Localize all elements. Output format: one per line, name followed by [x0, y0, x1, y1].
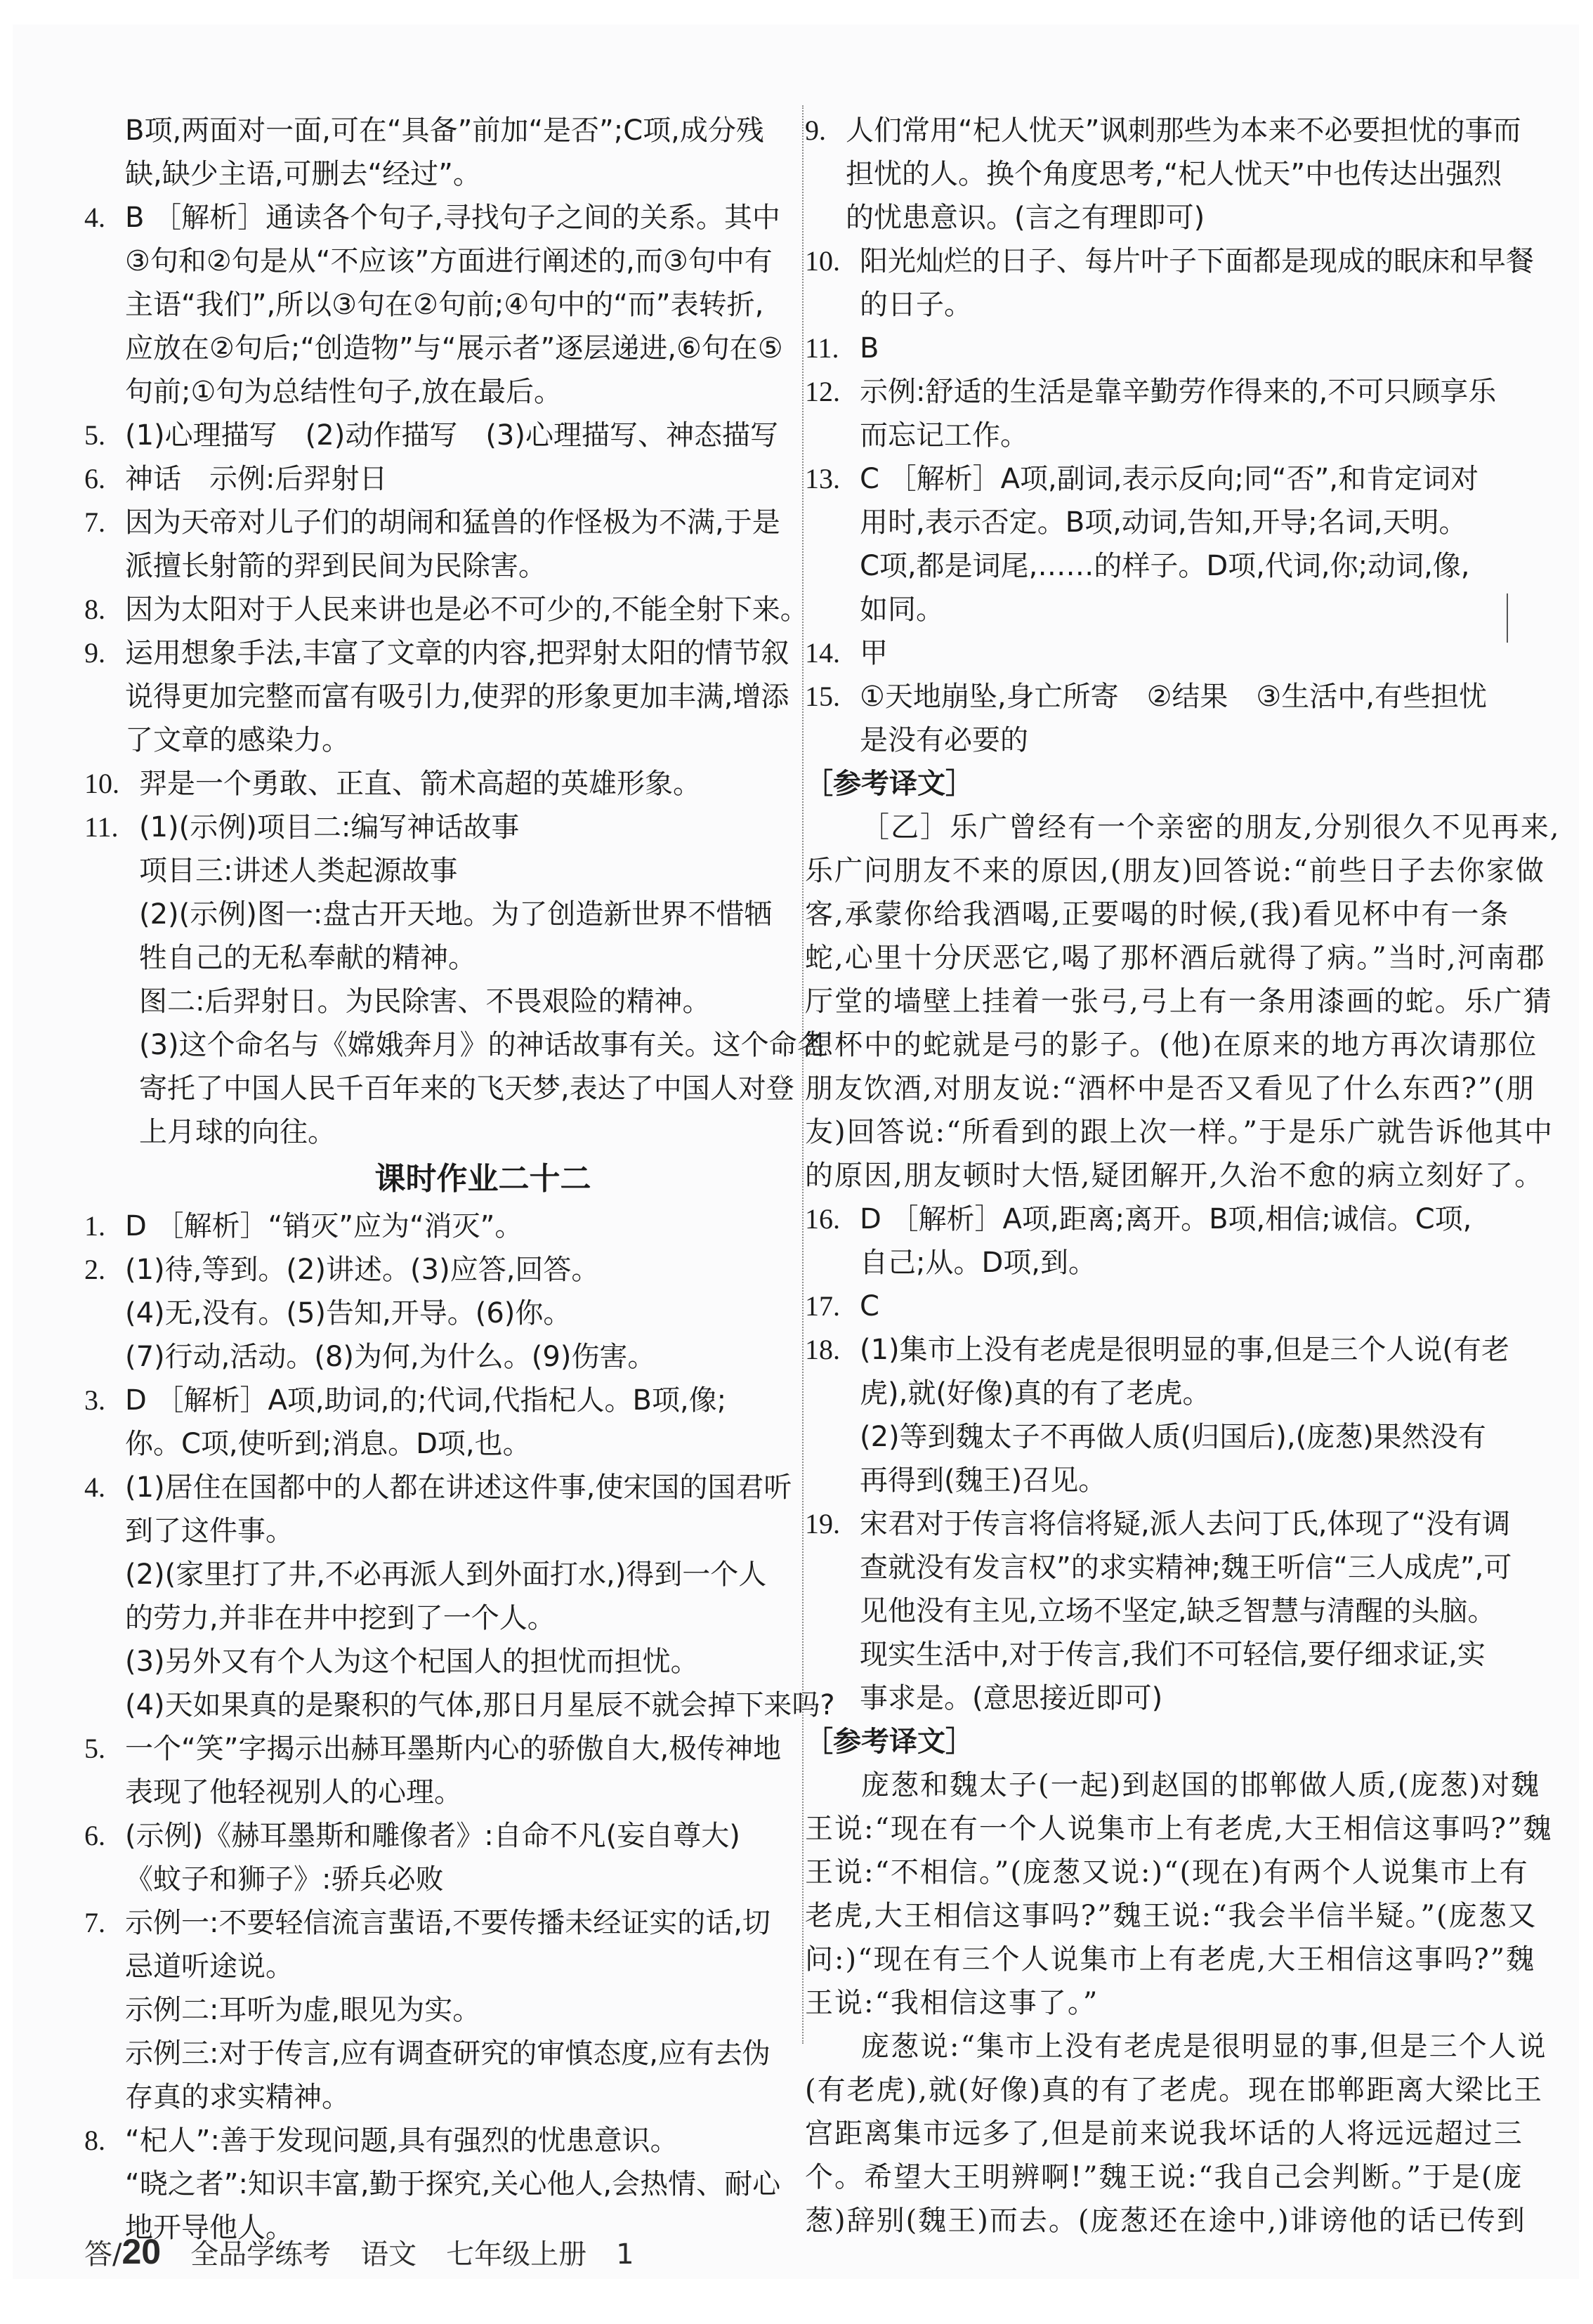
- answer-text: 的日子。: [805, 283, 1535, 327]
- answer-prefix: 答/: [84, 2238, 122, 2271]
- translation-line: 宫距离集市远多了,但是前来说我坏话的人将远远超过三: [805, 2112, 1535, 2155]
- answer-text: 的忧患意识。(言之有理即可): [805, 196, 1535, 239]
- answer-text: 用时,表示否定。B项,动词,告知,开导;名词,天明。: [805, 501, 1535, 544]
- item-number: 17.: [805, 1285, 860, 1328]
- answer-item-15r: 15.①天地崩坠,身亡所寄 ②结果 ③生活中,有些担忧 是没有必要的: [805, 675, 1535, 762]
- answer-text: C项,都是词尾,……的样子。D项,代词,你;动词,像,: [805, 544, 1535, 588]
- translation-line: 想杯中的蛇就是弓的影子。(他)在原来的地方再次请那位: [805, 1023, 1535, 1067]
- translation-line: 客,承蒙你给我酒喝,正要喝的时候,(我)看见杯中有一条: [805, 893, 1535, 936]
- translation-line: 厅堂的墙壁上挂着一张弓,弓上有一条用漆画的蛇。乐广猜: [805, 980, 1535, 1023]
- answer-item-8b: 8.“杞人”:善于发现问题,具有强烈的忧患意识。 “晓之者”:知识丰富,勤于探究…: [84, 2119, 797, 2250]
- answer-text: D ［解析］A项,距离;离开。B项,相信;诚信。C项,: [860, 1197, 1535, 1241]
- item-number: 13.: [805, 457, 860, 501]
- answer-text: 一个“笑”字揭示出赫耳墨斯内心的骄傲自大,极传神地: [125, 1727, 797, 1771]
- answer-item-7b: 7.示例一:不要轻信流言蜚语,不要传播未经证实的话,切 忌道听途说。 示例二:耳…: [84, 1901, 797, 2119]
- translation-line: (有老虎),就(好像)真的有了老虎。现在邯郸距离大梁比王: [805, 2068, 1535, 2112]
- answer-item-14r: 14.甲: [805, 631, 1535, 675]
- answer-item-10r: 10.阳光灿烂的日子、每片叶子下面都是现成的眠床和早餐 的日子。: [805, 239, 1535, 327]
- answer-text: (4)无,没有。(5)告知,开导。(6)你。: [84, 1292, 797, 1335]
- answer-text: (2)等到魏太子不再做人质(归国后),(庞葱)果然没有: [805, 1415, 1535, 1459]
- answer-text: D ［解析］A项,助词,的;代词,代指杞人。B项,像;: [125, 1379, 797, 1422]
- answer-text: ③句和②句是从“不应该”方面进行阐述的,而③句中有: [84, 239, 797, 283]
- right-column: 9.人们常用“杞人忧天”讽刺那些为本来不必要担忧的事而 担忧的人。换个角度思考,…: [805, 109, 1535, 2243]
- answer-text: 甲: [860, 631, 1535, 675]
- item-number: 10.: [84, 762, 139, 806]
- answer-text: 主语“我们”,所以③句在②句前;④句中的“而”表转折,: [84, 283, 797, 327]
- translation-line: 王说:“现在有一个人说集市上有老虎,大王相信这事吗?”魏: [805, 1807, 1535, 1851]
- answer-item-9r: 9.人们常用“杞人忧天”讽刺那些为本来不必要担忧的事而 担忧的人。换个角度思考,…: [805, 109, 1535, 239]
- translation-line: 老虎,大王相信这事吗?”魏王说:“我会半信半疑。”(庞葱又: [805, 1894, 1535, 1938]
- translation-line: 友)回答说:“所看到的跟上次一样。”于是乐广就告诉他其中: [805, 1110, 1535, 1154]
- item-number: 11.: [84, 806, 139, 849]
- answer-text: 忌道听途说。: [84, 1945, 797, 1988]
- text-line: 缺,缺少主语,可删去“经过”。: [84, 152, 797, 196]
- answer-item-16r: 16.D ［解析］A项,距离;离开。B项,相信;诚信。C项, 自己;从。D项,到…: [805, 1197, 1535, 1285]
- item-number: 2.: [84, 1248, 125, 1292]
- answer-item-5: 5.(1)心理描写 (2)动作描写 (3)心理描写、神态描写: [84, 414, 797, 457]
- reference-translation-title: ［参考译文］: [805, 1720, 1535, 1764]
- answer-text: 阳光灿烂的日子、每片叶子下面都是现成的眠床和早餐: [860, 239, 1535, 283]
- answer-item-9: 9.运用想象手法,丰富了文章的内容,把羿射太阳的情节叙 说得更加完整而富有吸引力…: [84, 631, 797, 762]
- answer-item-4b: 4.(1)居住在国都中的人都在讲述这件事,使宋国的国君听 到了这件事。 (2)(…: [84, 1466, 797, 1727]
- answer-text: (1)集市上没有老虎是很明显的事,但是三个人说(有老: [860, 1328, 1535, 1372]
- answer-text: (1)待,等到。(2)讲述。(3)应答,回答。: [125, 1248, 797, 1292]
- translation-line: 葱)辞别(魏王)而去。(庞葱还在途中,)诽谤他的话已传到: [805, 2199, 1535, 2243]
- answer-text: 宋君对于传言将信将疑,派人去问丁氏,体现了“没有调: [860, 1502, 1535, 1546]
- answer-text: 示例三:对于传言,应有调查研究的审慎态度,应有去伪: [84, 2032, 797, 2075]
- answer-text: (3)这个命名与《嫦娥奔月》的神话故事有关。这个命名: [84, 1023, 797, 1067]
- text-line: B项,两面对一面,可在“具备”前加“是否”;C项,成分残: [84, 109, 797, 152]
- answer-text: 图二:后羿射日。为民除害、不畏艰险的精神。: [84, 980, 797, 1023]
- item-number: 16.: [805, 1197, 860, 1241]
- answer-text: (1)居住在国都中的人都在讲述这件事,使宋国的国君听: [125, 1466, 797, 1509]
- answer-text: 如同。: [805, 588, 1535, 631]
- translation-line: 王说:“不相信。”(庞葱又说:)“(现在)有两个人说集市上有: [805, 1851, 1535, 1894]
- item-number: 9.: [84, 631, 125, 675]
- translation-line: 庞葱说:“集市上没有老虎是很明显的事,但是三个人说: [805, 2025, 1535, 2068]
- volume: 1: [616, 2238, 634, 2271]
- item-number: 15.: [805, 675, 860, 718]
- left-column: B项,两面对一面,可在“具备”前加“是否”;C项,成分残 缺,缺少主语,可删去“…: [84, 109, 797, 2250]
- answer-text: 派擅长射箭的羿到民间为民除害。: [84, 544, 797, 588]
- answer-item-6: 6.神话 示例:后羿射日: [84, 457, 797, 501]
- answer-text: (2)(示例)图一:盘古开天地。为了创造新世界不惜牺: [84, 893, 797, 936]
- reference-translation-2: 庞葱和魏太子(一起)到赵国的邯郸做人质,(庞葱)对魏 王说:“现在有一个人说集市…: [805, 1764, 1535, 2243]
- answer-text: 因为天帝对儿子们的胡闹和猛兽的作怪极为不满,于是: [125, 501, 797, 544]
- item-number: 4.: [84, 1466, 125, 1509]
- answer-text: ①天地崩坠,身亡所寄 ②结果 ③生活中,有些担忧: [860, 675, 1535, 718]
- answer-item-1: 1.D ［解析］“销灭”应为“消灭”。: [84, 1204, 797, 1248]
- reference-translation-1: ［乙］乐广曾经有一个亲密的朋友,分别很久不见再来, 乐广问朋友不来的原因,(朋友…: [805, 806, 1535, 1197]
- answer-text: 是没有必要的: [805, 718, 1535, 762]
- answer-text: 事求是。(意思接近即可): [805, 1676, 1535, 1720]
- answer-text: B ［解析］通读各个句子,寻找句子之间的关系。其中: [125, 196, 797, 239]
- translation-line: 王说:“我相信这事了。”: [805, 1981, 1535, 2025]
- item-number: 1.: [84, 1204, 125, 1248]
- translation-line: 朋友饮酒,对朋友说:“酒杯中是否又看见了什么东西?”(朋: [805, 1067, 1535, 1110]
- answer-text: (2)(家里打了井,不必再派人到外面打水,)得到一个人: [84, 1553, 797, 1596]
- answer-text: C: [860, 1285, 1535, 1328]
- answer-item-2: 2.(1)待,等到。(2)讲述。(3)应答,回答。 (4)无,没有。(5)告知,…: [84, 1248, 797, 1379]
- answer-text: 表现了他轻视别人的心理。: [84, 1771, 797, 1814]
- answer-text: 寄托了中国人民千百年来的飞天梦,表达了中国人对登: [84, 1067, 797, 1110]
- item-number: 10.: [805, 239, 860, 283]
- item-number: 14.: [805, 631, 860, 675]
- item-number: 3.: [84, 1379, 125, 1422]
- item-number: 8.: [84, 588, 125, 631]
- answer-item-17r: 17.C: [805, 1285, 1535, 1328]
- translation-line: 的原因,朋友顿时大悟,疑团解开,久治不愈的病立刻好了。: [805, 1154, 1535, 1197]
- answer-item-5b: 5.一个“笑”字揭示出赫耳墨斯内心的骄傲自大,极传神地 表现了他轻视别人的心理。: [84, 1727, 797, 1814]
- series-name: 全品学练考: [190, 2232, 331, 2272]
- answer-text: 牲自己的无私奉献的精神。: [84, 936, 797, 980]
- answer-text: 存真的求实精神。: [84, 2075, 797, 2119]
- answer-text: 因为太阳对于人民来讲也是必不可少的,不能全射下来。: [125, 588, 808, 631]
- answer-text: 运用想象手法,丰富了文章的内容,把羿射太阳的情节叙: [125, 631, 797, 675]
- answer-text: 说得更加完整而富有吸引力,使羿的形象更加丰满,增添: [84, 675, 797, 718]
- page-number: 20: [122, 2232, 161, 2271]
- item-number: 6.: [84, 457, 125, 501]
- translation-line: 个。希望大王明辨啊!”魏王说:“我自己会判断。”于是(庞: [805, 2155, 1535, 2199]
- answer-text: 应放在②句后;“创造物”与“展示者”逐层递进,⑥句在⑤: [84, 327, 797, 370]
- answer-text: 《蚊子和狮子》:骄兵必败: [84, 1858, 797, 1901]
- answer-text: 神话 示例:后羿射日: [125, 457, 797, 501]
- answer-item-4: 4.B ［解析］通读各个句子,寻找句子之间的关系。其中 ③句和②句是从“不应该”…: [84, 196, 797, 414]
- item-number: 11.: [805, 327, 860, 370]
- answer-text: 担忧的人。换个角度思考,“杞人忧天”中也传达出强烈: [805, 152, 1535, 196]
- answer-text: (7)行动,活动。(8)为何,为什么。(9)伤害。: [84, 1335, 797, 1379]
- item-number: 18.: [805, 1328, 860, 1372]
- answer-item-10: 10.羿是一个勇敢、正直、箭术高超的英雄形象。: [84, 762, 797, 806]
- item-number: 5.: [84, 414, 125, 457]
- answer-text: 现实生活中,对于传言,我们不可轻信,要仔细求证,实: [805, 1633, 1535, 1676]
- answer-text: 虎),就(好像)真的有了老虎。: [805, 1372, 1535, 1415]
- answer-item-8: 8.因为太阳对于人民来讲也是必不可少的,不能全射下来。: [84, 588, 797, 631]
- item-number: 5.: [84, 1727, 125, 1771]
- answer-text: 了文章的感染力。: [84, 718, 797, 762]
- translation-line: 庞葱和魏太子(一起)到赵国的邯郸做人质,(庞葱)对魏: [805, 1764, 1535, 1807]
- answer-text: 到了这件事。: [84, 1509, 797, 1553]
- answer-item-6b: 6.(示例)《赫耳墨斯和雕像者》:自命不凡(妄自尊大) 《蚊子和狮子》:骄兵必败: [84, 1814, 797, 1901]
- answer-text: 项目三:讲述人类起源故事: [84, 849, 797, 893]
- answer-text: 句前;①句为总结性句子,放在最后。: [84, 370, 797, 414]
- answer-text: “晓之者”:知识丰富,勤于探究,关心他人,会热情、耐心: [84, 2162, 797, 2206]
- grade: 七年级上册: [446, 2232, 586, 2272]
- item-number: 6.: [84, 1814, 125, 1858]
- answer-text: (示例)《赫耳墨斯和雕像者》:自命不凡(妄自尊大): [125, 1814, 797, 1858]
- answer-text: 示例:舒适的生活是靠辛勤劳作得来的,不可只顾享乐: [860, 370, 1535, 414]
- answer-text: 自己;从。D项,到。: [805, 1241, 1535, 1285]
- answer-item-3: 3.D ［解析］A项,助词,的;代词,代指杞人。B项,像; 你。C项,使听到;消…: [84, 1379, 797, 1466]
- answer-text: (3)另外又有个人为这个杞国人的担忧而担忧。: [84, 1640, 797, 1683]
- item-number: 19.: [805, 1502, 860, 1546]
- section-title: 课时作业二十二: [84, 1154, 797, 1204]
- answer-text: “杞人”:善于发现问题,具有强烈的忧患意识。: [125, 2119, 797, 2162]
- answer-text: 示例一:不要轻信流言蜚语,不要传播未经证实的话,切: [125, 1901, 797, 1945]
- translation-line: 蛇,心里十分厌恶它,喝了那杯酒后就得了病。”当时,河南郡: [805, 936, 1535, 980]
- page-number-block: 答/20: [84, 2231, 161, 2272]
- answer-text: 羿是一个勇敢、正直、箭术高超的英雄形象。: [139, 762, 797, 806]
- answer-text: D ［解析］“销灭”应为“消灭”。: [125, 1204, 797, 1248]
- answer-text: C ［解析］A项,副词,表示反向;同“否”,和肯定词对: [860, 457, 1535, 501]
- answer-item-18r: 18.(1)集市上没有老虎是很明显的事,但是三个人说(有老 虎),就(好像)真的…: [805, 1328, 1535, 1502]
- answer-text: 而忘记工作。: [805, 414, 1535, 457]
- subject: 语文: [360, 2232, 417, 2272]
- answer-item-11: 11.(1)(示例)项目二:编写神话故事 项目三:讲述人类起源故事 (2)(示例…: [84, 806, 797, 1154]
- answer-item-19r: 19.宋君对于传言将信将疑,派人去问丁氏,体现了“没有调 查就没有发言权”的求实…: [805, 1502, 1535, 1720]
- item-number: 8.: [84, 2119, 125, 2162]
- answer-text: 示例二:耳听为虚,眼见为实。: [84, 1988, 797, 2032]
- answer-text: 人们常用“杞人忧天”讽刺那些为本来不必要担忧的事而: [846, 109, 1535, 152]
- answer-text: 再得到(魏王)召见。: [805, 1459, 1535, 1502]
- translation-line: ［乙］乐广曾经有一个亲密的朋友,分别很久不见再来,: [805, 806, 1535, 849]
- answer-text: B: [860, 327, 1535, 370]
- answer-item-13r: 13.C ［解析］A项,副词,表示反向;同“否”,和肯定词对 用时,表示否定。B…: [805, 457, 1535, 631]
- answer-item-11r: 11.B: [805, 327, 1535, 370]
- page-footer: 答/20 全品学练考 语文 七年级上册 1: [84, 2231, 634, 2272]
- answer-text: 见他没有主见,立场不坚定,缺乏智慧与清醒的头脑。: [805, 1589, 1535, 1633]
- translation-line: 问:)“现在有三个人说集市上有老虎,大王相信这事吗?”魏: [805, 1938, 1535, 1981]
- item-number: 4.: [84, 196, 125, 239]
- answer-text: 上月球的向往。: [84, 1110, 797, 1154]
- answer-item-7: 7.因为天帝对儿子们的胡闹和猛兽的作怪极为不满,于是 派擅长射箭的羿到民间为民除…: [84, 501, 797, 588]
- item-number: 9.: [805, 109, 846, 152]
- item-number: 12.: [805, 370, 860, 414]
- column-divider: [802, 105, 804, 2044]
- item-number: 7.: [84, 501, 125, 544]
- answer-item-12r: 12.示例:舒适的生活是靠辛勤劳作得来的,不可只顾享乐 而忘记工作。: [805, 370, 1535, 457]
- answer-text: (1)心理描写 (2)动作描写 (3)心理描写、神态描写: [125, 414, 797, 457]
- reference-translation-title: ［参考译文］: [805, 762, 1535, 806]
- answer-text: (4)天如果真的是聚积的气体,那日月星辰不就会掉下来吗?: [84, 1683, 797, 1727]
- item-number: 7.: [84, 1901, 125, 1945]
- translation-line: 乐广问朋友不来的原因,(朋友)回答说:“前些日子去你家做: [805, 849, 1535, 893]
- answer-text: 查就没有发言权”的求实精神;魏王听信“三人成虎”,可: [805, 1546, 1535, 1589]
- answer-text: 你。C项,使听到;消息。D项,也。: [84, 1422, 797, 1466]
- answer-text: 的劳力,并非在井中挖到了一个人。: [84, 1596, 797, 1640]
- answer-text: (1)(示例)项目二:编写神话故事: [139, 806, 797, 849]
